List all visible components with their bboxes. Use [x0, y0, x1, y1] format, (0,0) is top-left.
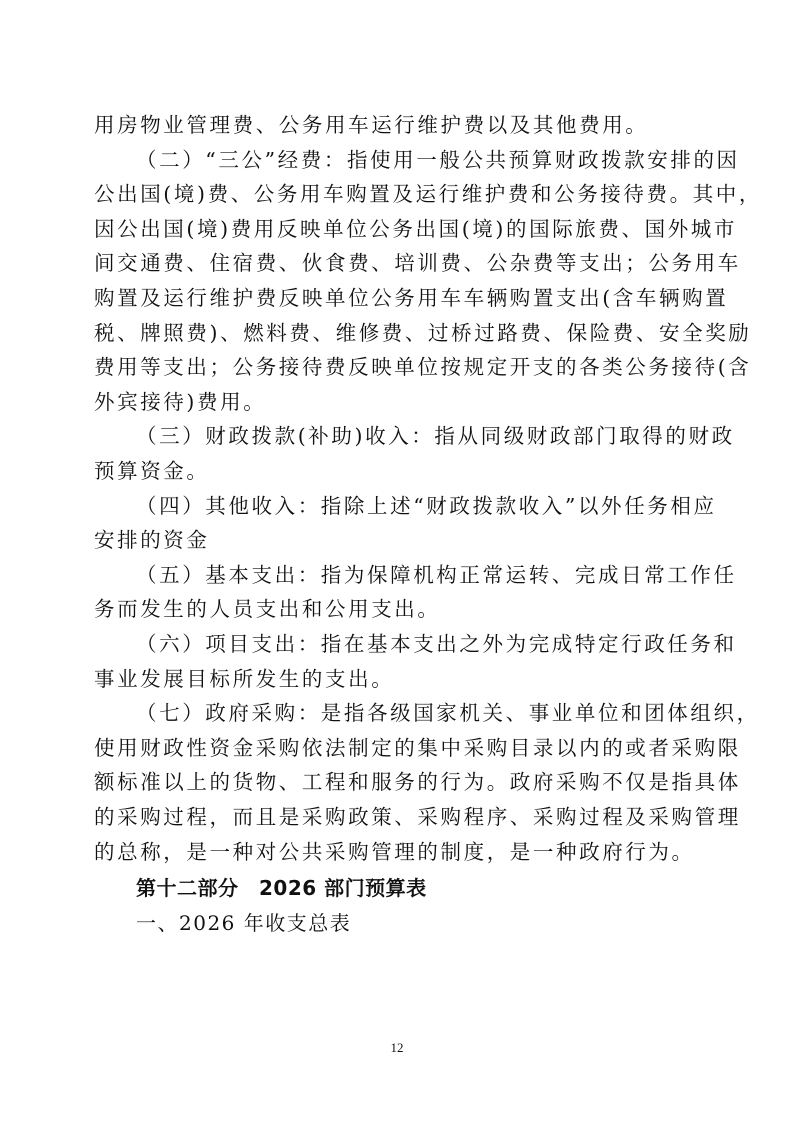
- document-page: 用房物业管理费、公务用车运行维护费以及其他费用。 （二）“三公”经费：指使用一般…: [0, 0, 794, 1123]
- body-line: 的总称，是一种对公共采购管理的制度，是一种政府行为。: [94, 835, 704, 869]
- body-line: 公出国(境)费、公务用车购置及运行维护费和公务接待费。其中，: [94, 177, 704, 211]
- body-line: 务而发生的人员支出和公用支出。: [94, 592, 704, 626]
- body-line: 事业发展目标所发生的支出。: [94, 662, 704, 696]
- body-line: 因公出国(境)费用反映单位公务出国(境)的国际旅费、国外城市: [94, 212, 704, 246]
- paragraph-basic-expenditure: （五）基本支出：指为保障机构正常运转、完成日常工作任: [136, 558, 704, 592]
- body-line: 使用财政性资金采购依法制定的集中采购目录以内的或者采购限: [94, 731, 704, 765]
- subsection-heading: 一、2026 年收支总表: [136, 906, 351, 940]
- paragraph-san-gong-definition: （二）“三公”经费：指使用一般公共预算财政拨款安排的因: [136, 143, 704, 177]
- body-line: 的采购过程，而且是采购政策、采购程序、采购过程及采购管理: [94, 800, 704, 834]
- section-heading: 第十二部分 2026 部门预算表: [136, 871, 427, 905]
- body-line: 安排的资金: [94, 523, 704, 557]
- paragraph-project-expenditure: （六）项目支出：指在基本支出之外为完成特定行政任务和: [136, 627, 704, 661]
- body-line: 用房物业管理费、公务用车运行维护费以及其他费用。: [94, 108, 704, 142]
- paragraph-government-procurement: （七）政府采购：是指各级国家机关、事业单位和团体组织，: [136, 696, 704, 730]
- body-line: 预算资金。: [94, 454, 704, 488]
- body-line: 购置及运行维护费反映单位公务用车车辆购置支出(含车辆购置: [94, 281, 704, 315]
- body-line: 费用等支出；公务接待费反映单位按规定开支的各类公务接待(含: [94, 350, 704, 384]
- body-line: 税、牌照费)、燃料费、维修费、过桥过路费、保险费、安全奖励: [94, 316, 704, 350]
- body-line: 额标准以上的货物、工程和服务的行为。政府采购不仅是指具体: [94, 765, 704, 799]
- paragraph-fiscal-appropriation-income: （三）财政拨款(补助)收入：指从同级财政部门取得的财政: [136, 419, 704, 453]
- page-number: 12: [0, 1040, 794, 1056]
- paragraph-other-income: （四）其他收入：指除上述“财政拨款收入”以外任务相应: [136, 489, 704, 523]
- body-line: 间交通费、住宿费、伙食费、培训费、公杂费等支出；公务用车: [94, 246, 704, 280]
- body-line: 外宾接待)费用。: [94, 385, 704, 419]
